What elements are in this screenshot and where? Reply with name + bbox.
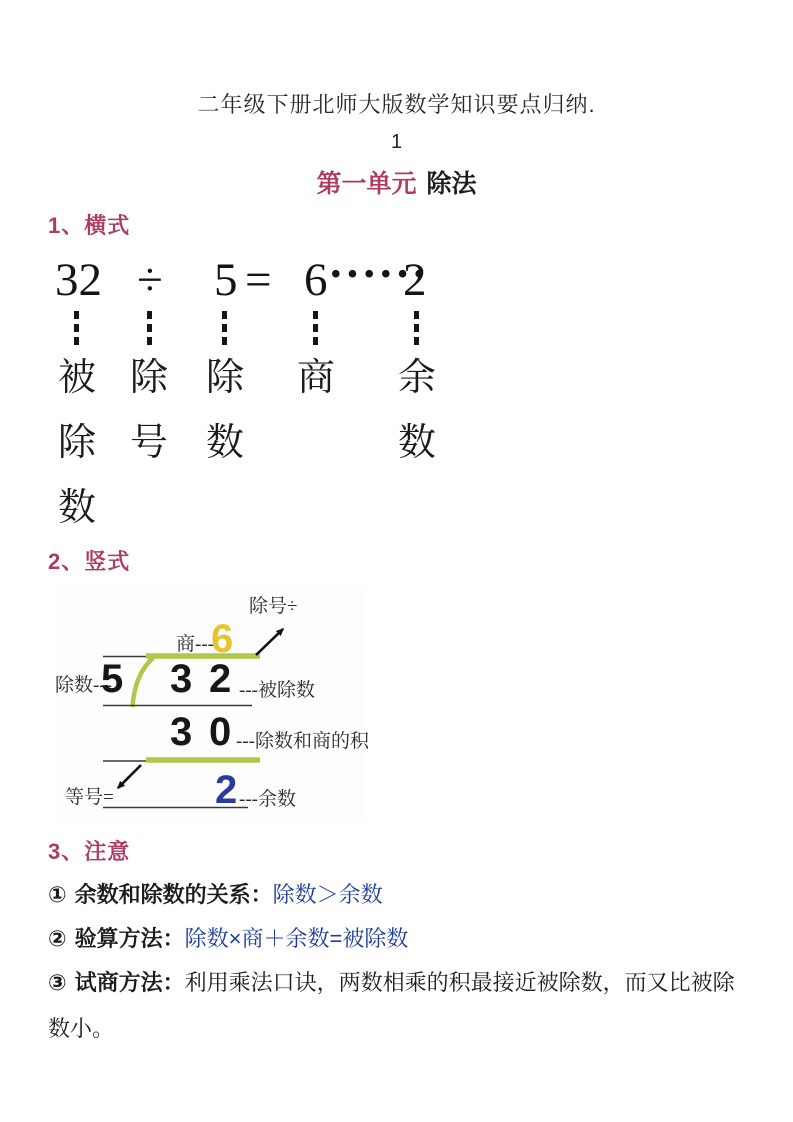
note-lead: 余数和除数的关系： <box>75 882 273 907</box>
product-digit-ones: 0 <box>209 711 231 753</box>
long-division-diagram: 除号÷ 商--- 6 除数--- 5 3 2 ---被除数 3 0 ---除数和… <box>55 585 365 823</box>
arrow-to-division-sign-icon <box>256 629 283 655</box>
dashed-connector-divisor <box>222 311 227 347</box>
label-column-dividend: 被 除 数 <box>55 346 99 541</box>
document-page: 二年级下册北师大版数学知识要点归纳. 1 第一单元除法 1、横式 32 ÷ 5 … <box>0 0 793 1122</box>
division-sign-callout: 除号÷ <box>249 591 297 618</box>
quotient-digit: 6 <box>211 618 233 660</box>
equation-remainder: 2 <box>403 254 427 306</box>
note-highlight: 除数＞余数 <box>273 882 383 907</box>
arrow-to-equals-icon <box>118 765 141 788</box>
note-marker: ③ <box>48 970 67 995</box>
label-column-remainder: 余 数 <box>395 346 439 476</box>
equation-dividend: 32 <box>55 254 102 306</box>
note-item-remainder-divisor-relation: ①余数和除数的关系：除数＞余数 <box>48 872 754 918</box>
dividend-callout: ---被除数 <box>239 675 315 702</box>
product-digit-tens: 3 <box>170 711 192 753</box>
note-lead: 试商方法： <box>75 970 185 995</box>
dividend-digit-ones: 2 <box>209 658 231 700</box>
quotient-callout: 商--- <box>176 629 214 656</box>
section-heading-horizontal-form: 1、横式 <box>48 209 130 240</box>
note-lead: 验算方法： <box>75 926 185 951</box>
label-column-divisor: 除 数 <box>203 346 247 476</box>
unit-heading-topic: 除法 <box>427 170 477 198</box>
equals-callout: 等号= <box>65 782 114 809</box>
equation-divisor: 5 <box>214 254 238 306</box>
dashed-connector-remainder <box>414 311 419 347</box>
note-marker: ① <box>48 882 67 907</box>
divisor-digit: 5 <box>101 658 123 700</box>
document-title: 二年级下册北师大版数学知识要点归纳. <box>0 88 793 119</box>
label-column-division-sign: 除 号 <box>127 346 171 476</box>
unit-heading-unit: 第一单元 <box>316 170 416 198</box>
equation-equals-sign: = <box>245 254 272 306</box>
unit-heading: 第一单元除法 <box>0 164 793 200</box>
note-item-verification-method: ②验算方法：除数×商＋余数=被除数 <box>48 916 754 962</box>
page-number: 1 <box>0 131 793 154</box>
note-item-trial-quotient-method: ③试商方法：利用乘法口诀，两数相乘的积最接近被除数，而又比被除数小。 <box>48 960 754 1052</box>
equation-quotient: 6 <box>304 254 328 306</box>
dashed-connector-division-sign <box>147 311 152 347</box>
remainder-digit: 2 <box>215 769 237 811</box>
note-marker: ② <box>48 926 67 951</box>
product-callout: ---除数和商的积 <box>236 726 369 753</box>
dividend-digit-tens: 3 <box>170 658 192 700</box>
section-heading-vertical-form: 2、竖式 <box>48 545 130 576</box>
equation-division-sign: ÷ <box>137 254 163 306</box>
section-heading-notes: 3、注意 <box>48 835 130 866</box>
note-highlight: 除数×商＋余数=被除数 <box>185 926 409 951</box>
dashed-connector-quotient <box>313 311 318 347</box>
label-column-quotient: 商 <box>294 346 338 411</box>
dashed-connector-dividend <box>74 311 79 347</box>
remainder-callout: ---余数 <box>239 784 296 811</box>
